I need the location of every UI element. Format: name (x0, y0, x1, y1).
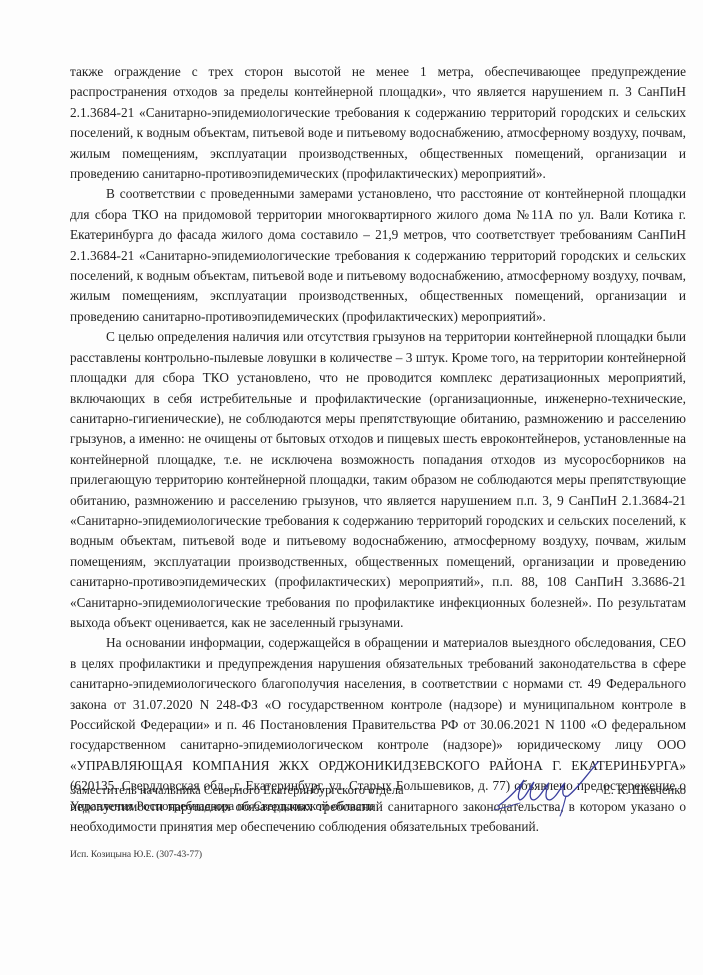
signatory-title-line-1: Заместитель начальника Северного Екатери… (70, 782, 430, 798)
paragraph-1: также ограждение с трех сторон высотой н… (70, 62, 686, 184)
signatory-name: Е. К. Шевченко (603, 782, 686, 798)
document-body: также ограждение с трех сторон высотой н… (70, 62, 686, 837)
signature-block: Заместитель начальника Северного Екатери… (70, 782, 686, 822)
signatory-title: Заместитель начальника Северного Екатери… (70, 782, 430, 814)
handwritten-signature-icon (490, 758, 610, 818)
document-page: также ограждение с трех сторон высотой н… (0, 0, 703, 975)
signatory-title-line-2: Управления Роспотребнадзора по Свердловс… (70, 798, 430, 814)
executor-contact: Исп. Козицына Ю.Е. (307-43-77) (70, 850, 202, 860)
paragraph-2: В соответствии с проведенными замерами у… (70, 184, 686, 327)
paragraph-3: С целью определения наличия или отсутств… (70, 327, 686, 633)
